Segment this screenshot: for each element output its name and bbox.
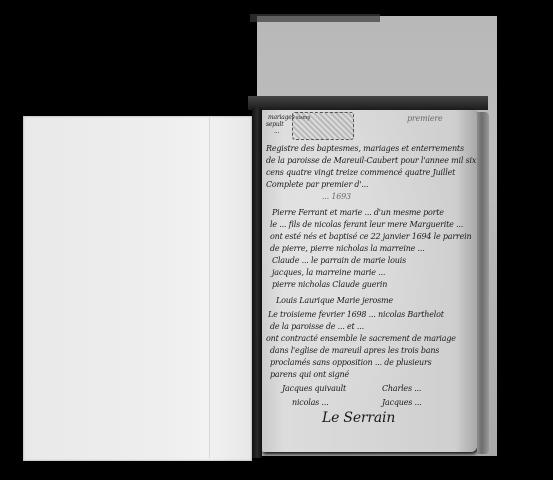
entry-line: parens qui ont signé — [270, 370, 349, 379]
entry-line: ont esté nés et baptisé ce 22 janvier 16… — [270, 232, 471, 241]
margin-note-line: sepult — [266, 121, 283, 128]
entry-line: proclamés sans opposition ... de plusieu… — [270, 358, 432, 367]
page-stack-edge — [477, 112, 489, 454]
margin-note-line: ... — [274, 128, 279, 135]
title-line: Registre des baptesmes, mariages et ente… — [266, 144, 464, 153]
title-line: cens quatre vingt treize commencé quatre… — [266, 168, 455, 177]
scan-viewer: mariages sepult ... stamp premiere Regis… — [0, 0, 553, 480]
entry-line: jacques, la marreine marie ... — [272, 268, 385, 277]
cover-ledge — [248, 96, 488, 110]
entry-line: Pierre Ferrant et marie ... d'un mesme p… — [272, 208, 444, 217]
entry-line: Louis Laurique Marie jerosme — [276, 296, 393, 305]
left-blank-page — [23, 116, 252, 461]
entry-line: pierre nicholas Claude guerin — [272, 280, 387, 289]
header-right-note: premiere — [407, 114, 443, 123]
stamp-label: stamp — [296, 115, 310, 121]
signature: Jacques ... — [382, 398, 422, 407]
signature-priest: Le Serrain — [322, 410, 395, 426]
signature: Charles ... — [382, 384, 421, 393]
manuscript-page: mariages sepult ... stamp premiere Regis… — [262, 110, 477, 452]
signature: Jacques quivault — [282, 384, 346, 393]
entry-line: Claude ... le parrain de marie louis — [272, 256, 406, 265]
entry-line: dans l'eglise de mareuil apres les trois… — [270, 346, 439, 355]
title-line: ... 1693 — [322, 192, 351, 201]
entry-line: le ... fils de nicolas ferant leur mere … — [270, 220, 463, 229]
title-line: de la paroisse de Mareuil-Caubert pour l… — [266, 156, 476, 165]
entry-line: ont contracté ensemble le sacrement de m… — [266, 334, 456, 343]
margin-note-line: mariages — [268, 114, 295, 121]
cover-shadow — [250, 14, 380, 22]
left-page-crease — [209, 116, 210, 458]
book-gutter — [252, 108, 262, 458]
entry-line: Le troisieme fevrier 1698 ... nicolas Ba… — [268, 310, 444, 319]
entry-line: de la paroisse de ... et ... — [270, 322, 364, 331]
archive-stamp: stamp — [292, 112, 354, 140]
signature: nicolas ... — [292, 398, 328, 407]
entry-line: de pierre, pierre nicholas la marreine .… — [270, 244, 425, 253]
title-line: Complete par premier d'... — [266, 180, 368, 189]
